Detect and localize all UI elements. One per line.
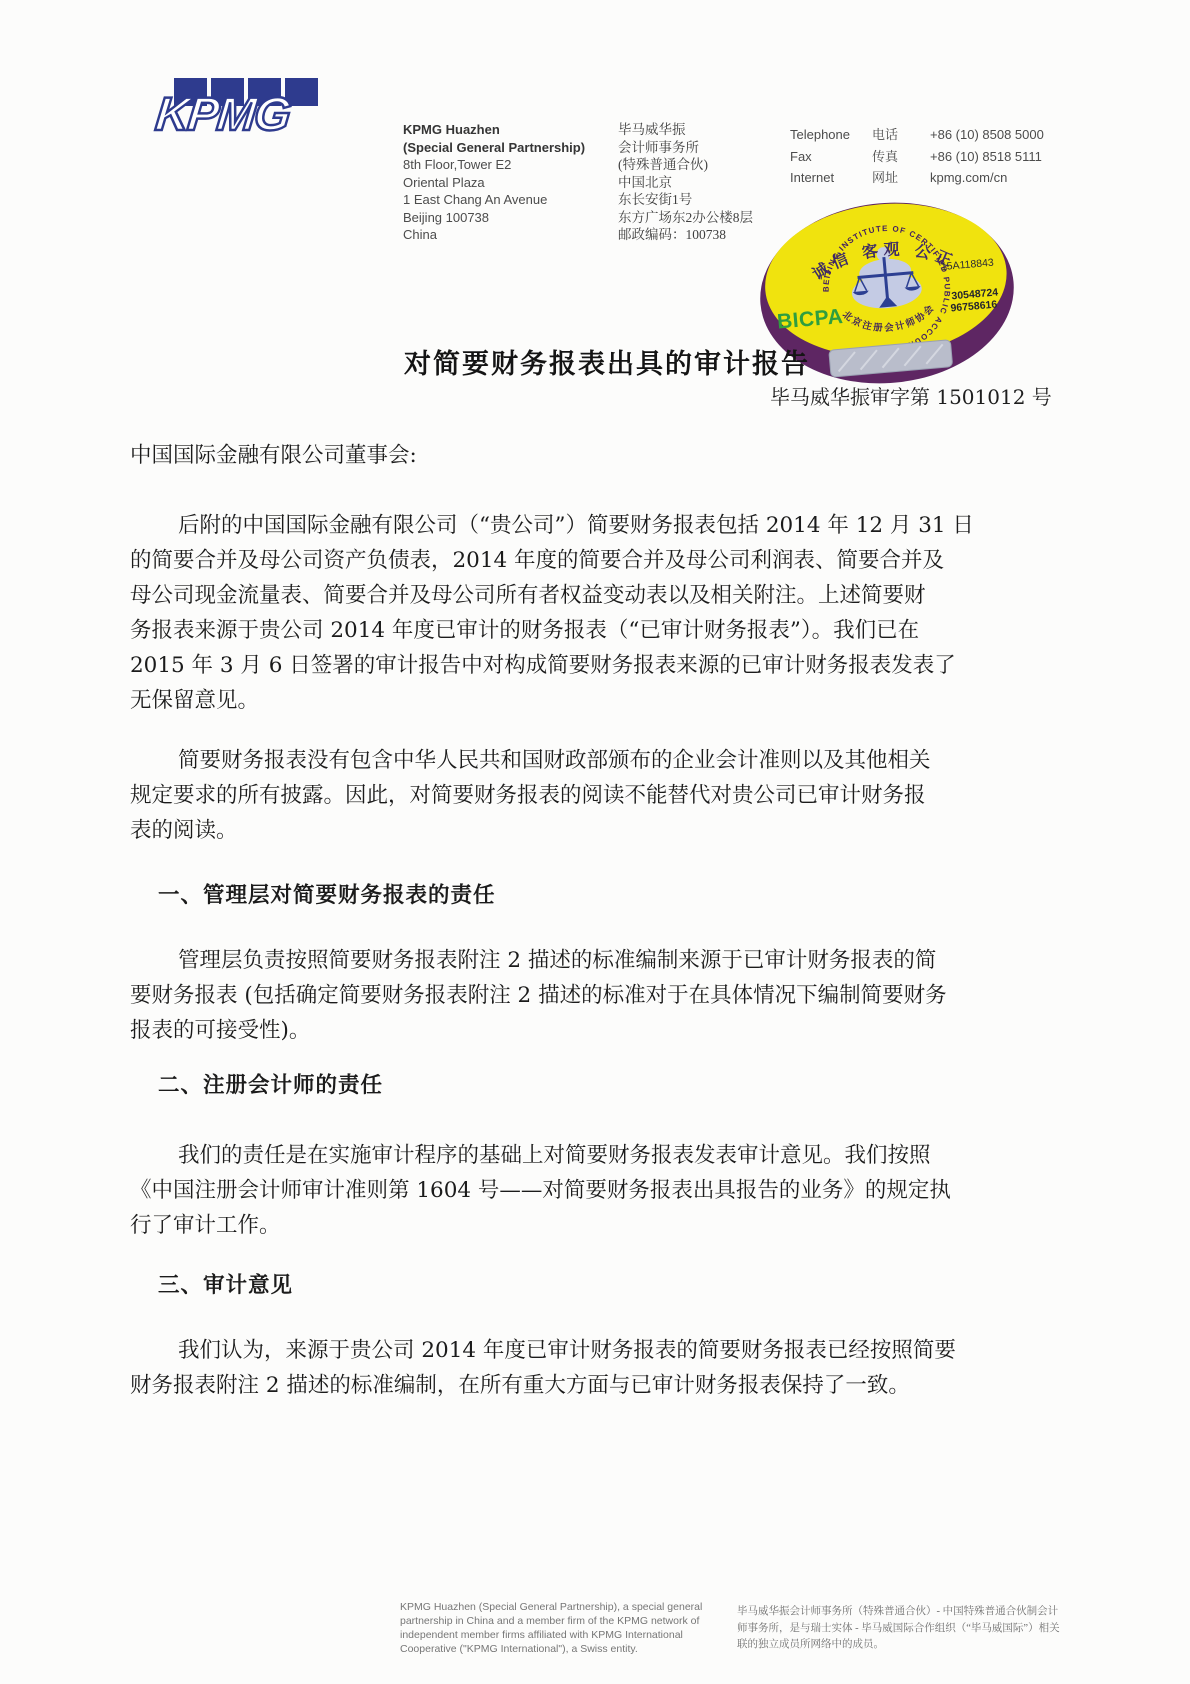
kpmg-logo: KPMG [156, 72, 326, 142]
paragraph-disclosure-note: 简要财务报表没有包含中华人民共和国财政部颁布的企业会计准则以及其他相关规定要求的… [130, 743, 1010, 848]
contact-label-en: Fax [790, 146, 872, 168]
contact-row-fax: Fax 传真 +86 (10) 8518 5111 [790, 146, 1044, 168]
contact-label-cn: 传真 [872, 146, 930, 168]
contact-value: +86 (10) 8508 5000 [930, 124, 1044, 146]
letter-body: 中国国际金融有限公司董事会: 后附的中国国际金融有限公司（“贵公司”）简要财务报… [130, 438, 1010, 1403]
letterhead-address-chinese: 毕马威华振 会计师事务所 (特殊普通合伙) 中国北京 东长安街1号 东方广场东2… [618, 121, 753, 244]
text-line: 母公司现金流量表、简要合并及母公司所有者权益变动表以及相关附注。上述简要财 [130, 578, 1010, 613]
address-line: 东方广场东2办公楼8层 [618, 209, 753, 227]
address-line: 邮政编码：100738 [618, 226, 753, 244]
text-line: 管理层负责按照简要财务报表附注 2 描述的标准编制来源于已审计财务报表的简 [130, 943, 1010, 978]
address-line: Oriental Plaza [403, 174, 585, 192]
text-line: 表的阅读。 [130, 813, 1010, 848]
text-line: 的简要合并及母公司资产负债表，2014 年度的简要合并及母公司利润表、简要合并及 [130, 543, 1010, 578]
text-line: 无保留意见。 [130, 683, 1010, 718]
text-line: 简要财务报表没有包含中华人民共和国财政部颁布的企业会计准则以及其他相关 [130, 743, 1010, 778]
text-line: 规定要求的所有披露。因此，对简要财务报表的阅读不能替代对贵公司已审计财务报 [130, 778, 1010, 813]
address-line: Beijing 100738 [403, 209, 585, 227]
text-line: 要财务报表 (包括确定简要财务报表附注 2 描述的标准对于在具体情况下编制简要财… [130, 978, 1010, 1013]
text-line: 《中国注册会计师审计准则第 1604 号——对简要财务报表出具报告的业务》的规定… [130, 1173, 1010, 1208]
firm-name-cn: 毕马威华振 [618, 121, 753, 139]
contact-row-telephone: Telephone 电话 +86 (10) 8508 5000 [790, 124, 1044, 146]
paragraph-auditor-responsibility: 我们的责任是在实施审计程序的基础上对简要财务报表发表审计意见。我们按照《中国注册… [130, 1138, 1010, 1243]
address-line: China [403, 226, 585, 244]
contact-label-cn: 电话 [872, 124, 930, 146]
document-title: 对简要财务报表出具的审计报告 [404, 342, 810, 381]
kpmg-wordmark: KPMG [154, 90, 292, 137]
section-heading-management-responsibility: 一、管理层对简要财务报表的责任 [130, 878, 1010, 913]
addressee-line: 中国国际金融有限公司董事会: [130, 438, 1010, 473]
text-line: 后附的中国国际金融有限公司（“贵公司”）简要财务报表包括 2014 年 12 月… [130, 508, 1010, 543]
firm-name-en: KPMG Huazhen [403, 121, 585, 139]
contact-label-cn: 网址 [872, 167, 930, 189]
address-line: 8th Floor,Tower E2 [403, 156, 585, 174]
contact-label-en: Telephone [790, 124, 872, 146]
section-heading-auditor-responsibility: 二、注册会计师的责任 [130, 1068, 1010, 1103]
address-line: 东长安街1号 [618, 191, 753, 209]
paragraph-audit-opinion: 我们认为，来源于贵公司 2014 年度已审计财务报表的简要财务报表已经按照简要财… [130, 1333, 1010, 1403]
text-line: 我们认为，来源于贵公司 2014 年度已审计财务报表的简要财务报表已经按照简要 [130, 1333, 1010, 1368]
footer-legal-english: KPMG Huazhen (Special General Partnershi… [400, 1600, 724, 1656]
address-line: 中国北京 [618, 174, 753, 192]
contact-label-en: Internet [790, 167, 872, 189]
firm-type-cn: (特殊普通合伙) [618, 156, 753, 174]
text-line: 报表的可接受性)。 [130, 1013, 1010, 1048]
scanned-audit-report-page: KPMG KPMG Huazhen (Special General Partn… [0, 0, 1190, 1684]
text-line: 务报表来源于贵公司 2014 年度已审计的财务报表（“已审计财务报表”）。我们已… [130, 613, 1010, 648]
paragraph-intro: 后附的中国国际金融有限公司（“贵公司”）简要财务报表包括 2014 年 12 月… [130, 508, 1010, 718]
address-line: 1 East Chang An Avenue [403, 191, 585, 209]
text-line: 财务报表附注 2 描述的标准编制，在所有重大方面与已审计财务报表保持了一致。 [130, 1368, 1010, 1403]
section-heading-audit-opinion: 三、审计意见 [130, 1268, 1010, 1303]
firm-type-en: (Special General Partnership) [403, 139, 585, 157]
text-line: 2015 年 3 月 6 日签署的审计报告中对构成简要财务报表来源的已审计财务报… [130, 648, 1010, 683]
letterhead-address-english: KPMG Huazhen (Special General Partnershi… [403, 121, 585, 244]
firm-name-cn: 会计师事务所 [618, 139, 753, 157]
contact-row-internet: Internet 网址 kpmg.com/cn [790, 167, 1044, 189]
text-line: 我们的责任是在实施审计程序的基础上对简要财务报表发表审计意见。我们按照 [130, 1138, 1010, 1173]
contact-value: +86 (10) 8518 5111 [930, 146, 1042, 168]
contact-value: kpmg.com/cn [930, 167, 1007, 189]
report-reference-number: 毕马威华振审字第 1501012 号 [770, 381, 1052, 410]
footer-legal-chinese: 毕马威华振会计师事务所（特殊普通合伙）- 中国特殊普通合伙制会计师事务所，是与瑞… [737, 1604, 1067, 1654]
paragraph-management-responsibility: 管理层负责按照简要财务报表附注 2 描述的标准编制来源于已审计财务报表的简要财务… [130, 943, 1010, 1048]
text-line: 行了审计工作。 [130, 1208, 1010, 1243]
letterhead-contacts: Telephone 电话 +86 (10) 8508 5000 Fax 传真 +… [790, 124, 1044, 189]
